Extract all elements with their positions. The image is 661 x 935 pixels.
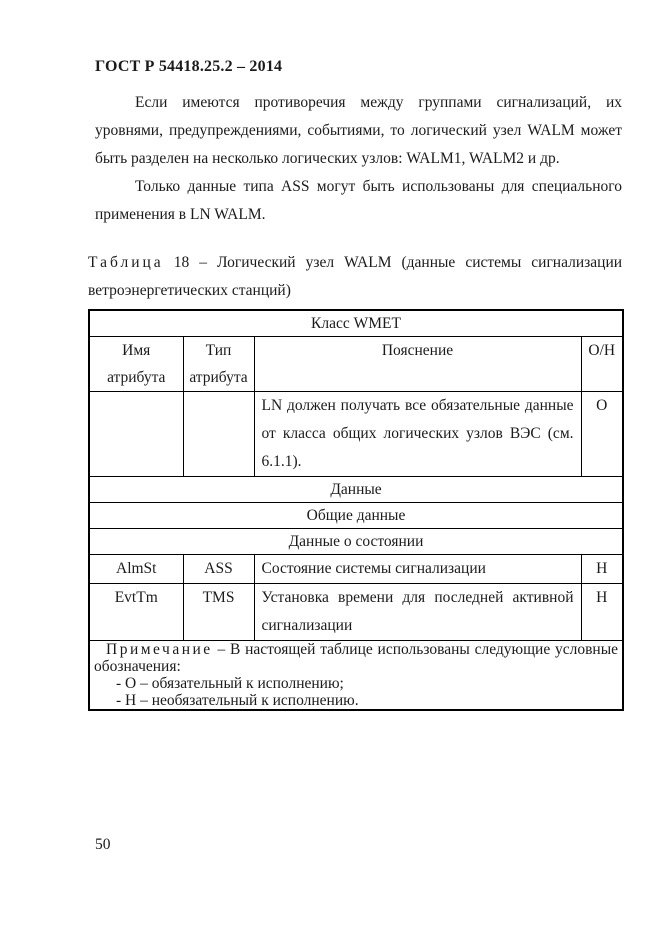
section-row-common-data: Общие данные (89, 503, 623, 529)
cell-mandatory: О (581, 392, 623, 477)
cell-description: LN должен получать все обязательные данн… (254, 392, 581, 477)
section-row-data: Данные (89, 477, 623, 503)
section-label: Общие данные (89, 503, 623, 529)
column-header-attr-name: Имя атрибута (89, 337, 183, 392)
cell-attr-name: EvtTm (89, 584, 183, 641)
cell-attr-name (89, 392, 183, 477)
column-header-attr-type: Тип атрибута (183, 337, 254, 392)
table-row: EvtTm TMS Установка времени для последне… (89, 584, 623, 641)
table-caption-text: Логический узел WALM (данные системы сиг… (88, 254, 622, 299)
table-row: LN должен получать все обязательные данн… (89, 392, 623, 477)
cell-attr-type: TMS (183, 584, 254, 641)
data-table: Класс WMET Имя атрибута Тип атрибута Поя… (88, 309, 624, 711)
cell-description: Состояние системы сигнализации (254, 555, 581, 584)
table-caption: Таблица 18 – Логический узел WALM (данны… (88, 249, 622, 305)
body-paragraph-2: Только данные типа ASS могут быть исполь… (95, 173, 622, 229)
document-number: ГОСТ Р 54418.25.2 – 2014 (95, 58, 622, 76)
page-content: ГОСТ Р 54418.25.2 – 2014 Если имеются пр… (88, 58, 622, 711)
table-caption-dash: – (199, 254, 207, 271)
page-number: 50 (95, 836, 111, 854)
note-dash: – (217, 641, 225, 658)
cell-mandatory: Н (581, 584, 623, 641)
table-title-row: Класс WMET (89, 310, 623, 337)
table-caption-number: 18 (174, 254, 190, 271)
cell-attr-name: AlmSt (89, 555, 183, 584)
table-note-cell: Примечание – В настоящей таблице использ… (89, 641, 623, 711)
note-item-mandatory: - О – обязательный к исполнению; (94, 675, 618, 692)
table-header-row: Имя атрибута Тип атрибута Пояснение О/Н (89, 337, 623, 392)
section-row-status-data: Данные о состоянии (89, 529, 623, 555)
note-item-optional: - Н – необязательный к исполнению. (94, 692, 618, 709)
table-note-row: Примечание – В настоящей таблице использ… (89, 641, 623, 711)
table-caption-label: Таблица (88, 254, 164, 271)
table-note-paragraph: Примечание – В настоящей таблице использ… (94, 641, 618, 675)
column-header-mandatory: О/Н (581, 337, 623, 392)
column-header-explanation: Пояснение (254, 337, 581, 392)
section-label: Данные о состоянии (89, 529, 623, 555)
document-page: ГОСТ Р 54418.25.2 – 2014 Если имеются пр… (0, 0, 661, 935)
cell-attr-type (183, 392, 254, 477)
note-label: Примечание (106, 641, 213, 658)
body-paragraph-1: Если имеются противоречия между группами… (95, 89, 622, 173)
cell-attr-type: ASS (183, 555, 254, 584)
cell-description: Установка времени для последней активной… (254, 584, 581, 641)
section-label: Данные (89, 477, 623, 503)
cell-mandatory: Н (581, 555, 623, 584)
table-row: AlmSt ASS Состояние системы сигнализации… (89, 555, 623, 584)
table-title-cell: Класс WMET (89, 310, 623, 337)
